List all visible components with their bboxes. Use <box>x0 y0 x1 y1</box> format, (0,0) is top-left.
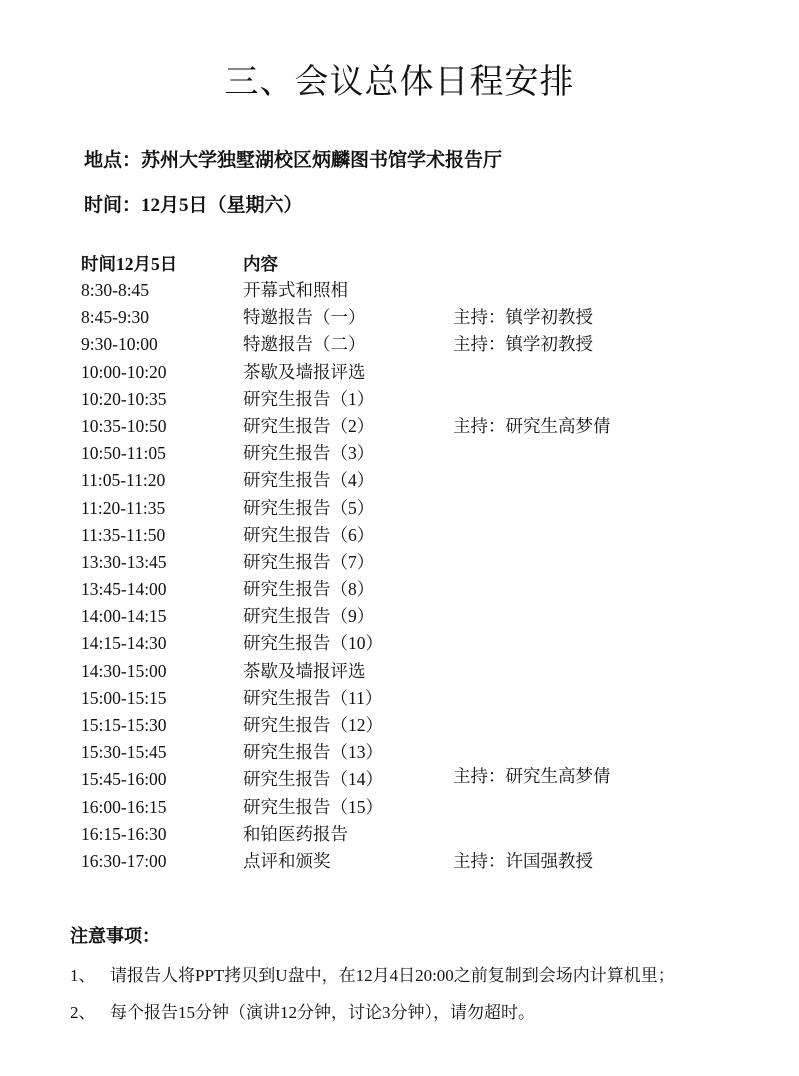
schedule-row: 10:50-11:05研究生报告（3） <box>81 440 721 467</box>
schedule-table: 时间12月5日 内容 8:30-8:45开幕式和照相8:45-9:30特邀报告（… <box>81 251 721 875</box>
location-value: 苏州大学独墅湖校区炳麟图书馆学术报告厅 <box>141 150 502 171</box>
schedule-content: 研究生报告（15） <box>243 794 383 821</box>
location-line: 地点：苏州大学独墅湖校区炳麟图书馆学术报告厅 <box>84 145 502 172</box>
schedule-time: 10:50-11:05 <box>81 440 166 467</box>
schedule-content: 茶歇及墙报评选 <box>243 359 366 386</box>
schedule-content: 研究生报告（9） <box>243 603 374 630</box>
schedule-content: 研究生报告（3） <box>243 440 374 467</box>
schedule-content: 研究生报告（4） <box>243 467 374 494</box>
note-number: 2、 <box>70 998 110 1023</box>
schedule-row: 15:15-15:30研究生报告（12） <box>81 712 721 739</box>
schedule-host: 主持：镇学初教授 <box>453 331 593 358</box>
schedule-row: 11:05-11:20研究生报告（4） <box>81 467 721 494</box>
schedule-time: 15:15-15:30 <box>81 712 167 739</box>
schedule-row: 14:30-15:00茶歇及墙报评选 <box>81 658 721 685</box>
schedule-host: 主持：许国强教授 <box>453 848 593 875</box>
schedule-content: 研究生报告（8） <box>243 576 374 603</box>
schedule-row: 16:30-17:00点评和颁奖主持：许国强教授 <box>81 848 721 875</box>
date-line: 时间：12月5日（星期六） <box>84 190 303 217</box>
schedule-content: 点评和颁奖 <box>243 848 331 875</box>
schedule-time: 13:45-14:00 <box>81 576 167 603</box>
schedule-time: 16:15-16:30 <box>81 821 167 848</box>
schedule-time: 9:30-10:00 <box>81 331 158 358</box>
schedule-time: 10:20-10:35 <box>81 386 167 413</box>
date-label: 时间： <box>84 195 141 216</box>
note-item-1: 1、请报告人将PPT拷贝到U盘中，在12月4日20:00之前复制到会场内计算机里… <box>70 961 675 986</box>
schedule-row: 15:45-16:00研究生报告（14） <box>81 766 721 793</box>
schedule-row: 15:30-15:45研究生报告（13） <box>81 739 721 766</box>
schedule-row: 8:30-8:45开幕式和照相 <box>81 277 721 304</box>
schedule-content: 研究生报告（7） <box>243 549 374 576</box>
schedule-time: 16:00-16:15 <box>81 794 167 821</box>
schedule-time: 14:15-14:30 <box>81 630 167 657</box>
schedule-content: 研究生报告（1） <box>243 386 374 413</box>
schedule-row: 10:00-10:20茶歇及墙报评选 <box>81 359 721 386</box>
schedule-content: 和铂医药报告 <box>243 821 348 848</box>
schedule-row: 9:30-10:00特邀报告（二）主持：镇学初教授 <box>81 331 721 358</box>
schedule-row: 10:35-10:50研究生报告（2）主持：研究生高梦倩 <box>81 413 721 440</box>
schedule-content: 研究生报告（11） <box>243 685 382 712</box>
schedule-row: 14:00-14:15研究生报告（9） <box>81 603 721 630</box>
schedule-host: 主持：镇学初教授 <box>453 304 593 331</box>
schedule-time: 8:30-8:45 <box>81 277 149 304</box>
schedule-time: 10:35-10:50 <box>81 413 167 440</box>
note-item-2: 2、每个报告15分钟（演讲12分钟，讨论3分钟），请勿超时。 <box>70 998 535 1023</box>
schedule-row: 10:20-10:35研究生报告（1） <box>81 386 721 413</box>
schedule-time: 13:30-13:45 <box>81 549 167 576</box>
note-number: 1、 <box>70 961 110 986</box>
schedule-row: 8:45-9:30特邀报告（一）主持：镇学初教授 <box>81 304 721 331</box>
schedule-time: 8:45-9:30 <box>81 304 149 331</box>
schedule-host: 主持：研究生高梦倩 <box>453 413 611 440</box>
schedule-time: 11:20-11:35 <box>81 495 165 522</box>
schedule-content: 研究生报告（2） <box>243 413 374 440</box>
location-label: 地点： <box>84 150 141 171</box>
schedule-time: 10:00-10:20 <box>81 359 167 386</box>
schedule-content: 研究生报告（10） <box>243 630 383 657</box>
page-title: 三、会议总体日程安排 <box>0 54 799 103</box>
schedule-content: 研究生报告（14） <box>243 766 383 793</box>
schedule-content: 研究生报告（6） <box>243 522 374 549</box>
afternoon-host: 主持：研究生高梦倩 <box>453 763 611 788</box>
schedule-row: 13:30-13:45研究生报告（7） <box>81 549 721 576</box>
schedule-row: 13:45-14:00研究生报告（8） <box>81 576 721 603</box>
schedule-row: 16:15-16:30和铂医药报告 <box>81 821 721 848</box>
schedule-content: 研究生报告（13） <box>243 739 383 766</box>
schedule-content: 开幕式和照相 <box>243 277 348 304</box>
schedule-row: 11:20-11:35研究生报告（5） <box>81 495 721 522</box>
schedule-time: 15:00-15:15 <box>81 685 167 712</box>
schedule-content: 特邀报告（一） <box>243 304 366 331</box>
notes-title: 注意事项： <box>70 922 160 948</box>
schedule-header-row: 时间12月5日 内容 <box>81 251 721 277</box>
note-text: 请报告人将PPT拷贝到U盘中，在12月4日20:00之前复制到会场内计算机里； <box>110 966 675 985</box>
date-value: 12月5日（星期六） <box>141 195 303 216</box>
schedule-content: 茶歇及墙报评选 <box>243 658 366 685</box>
schedule-row: 14:15-14:30研究生报告（10） <box>81 630 721 657</box>
header-content: 内容 <box>243 251 278 278</box>
schedule-content: 特邀报告（二） <box>243 331 366 358</box>
schedule-time: 11:35-11:50 <box>81 522 165 549</box>
note-text: 每个报告15分钟（演讲12分钟，讨论3分钟），请勿超时。 <box>110 1003 535 1022</box>
schedule-time: 11:05-11:20 <box>81 467 165 494</box>
schedule-time: 15:45-16:00 <box>81 766 167 793</box>
schedule-row: 11:35-11:50研究生报告（6） <box>81 522 721 549</box>
header-time: 时间12月5日 <box>81 251 177 278</box>
schedule-content: 研究生报告（12） <box>243 712 383 739</box>
schedule-row: 15:00-15:15研究生报告（11） <box>81 685 721 712</box>
schedule-time: 14:30-15:00 <box>81 658 167 685</box>
schedule-time: 15:30-15:45 <box>81 739 167 766</box>
schedule-content: 研究生报告（5） <box>243 495 374 522</box>
schedule-row: 16:00-16:15研究生报告（15） <box>81 794 721 821</box>
schedule-time: 16:30-17:00 <box>81 848 167 875</box>
schedule-time: 14:00-14:15 <box>81 603 167 630</box>
